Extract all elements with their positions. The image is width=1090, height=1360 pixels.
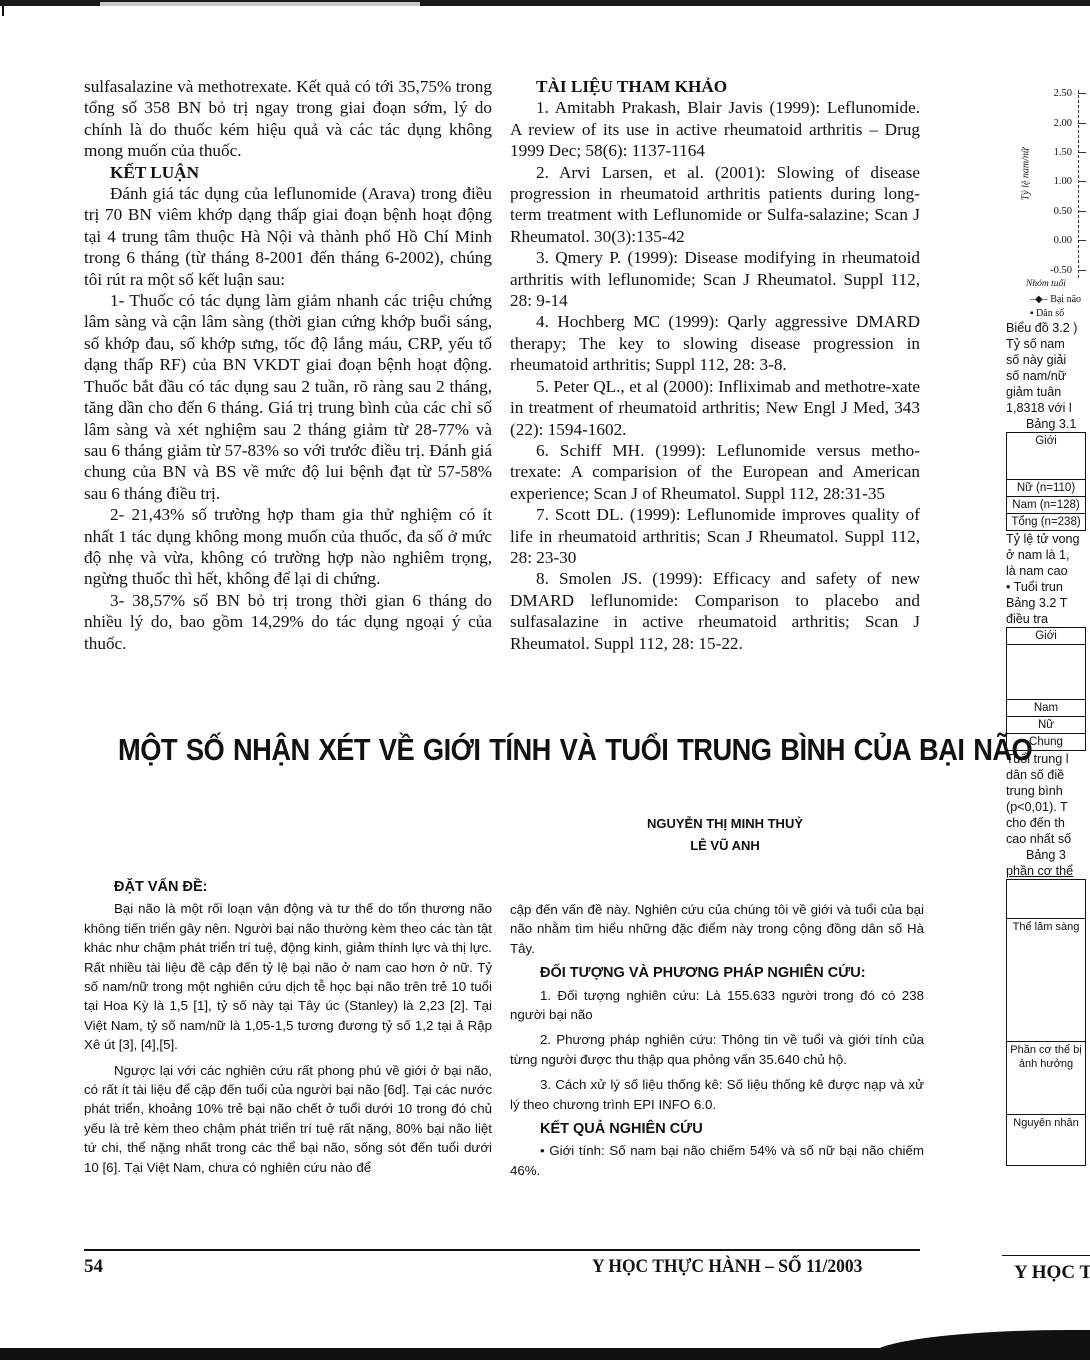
table-cell: Nam (n=128) xyxy=(1007,497,1086,514)
text-fragment: giảm tuân xyxy=(1006,384,1090,400)
reference-item: 3. Qmery P. (1999): Disease modifying in… xyxy=(510,247,920,311)
reference-item: 1. Amitabh Prakash, Blair Javis (1999): … xyxy=(510,97,920,161)
method-item-2: 2. Phương pháp nghiên cứu: Thông tin về … xyxy=(510,1030,924,1069)
table-cell: Nữ xyxy=(1007,717,1086,734)
body-paragraph: Đánh giá tác dụng của leflunomide (Arava… xyxy=(84,183,492,290)
section-heading-ket-luan: KẾT LUẬN xyxy=(84,162,492,183)
y-tick: 1.00 xyxy=(1042,174,1072,190)
text-fragment: (p<0,01). T xyxy=(1006,799,1090,815)
text-fragment: số nam/nữ xyxy=(1006,368,1090,384)
text-fragment: Tỷ số nam xyxy=(1006,336,1090,352)
article-title: MỘT SỐ NHẬN XÉT VỀ GIỚI TÍNH VÀ TUỔI TRU… xyxy=(118,732,804,768)
next-page-fragment: Tỷ lệ nam/nữ 2.50 2.00 1.50 1.00 0.50 0.… xyxy=(1006,70,1090,1270)
text-fragment: phần cơ thể xyxy=(1006,863,1090,879)
journal-footer: Y HỌC THỰC HÀNH – SỐ 11/2003 xyxy=(592,1256,862,1278)
prev-article-conclusion-column: sulfasalazine và methotrexate. Kết quả c… xyxy=(84,76,492,654)
method-item-1: 1. Đối tượng nghiên cứu: Là 155.633 ngườ… xyxy=(510,986,924,1025)
body-paragraph: sulfasalazine và methotrexate. Kết quả c… xyxy=(84,76,492,162)
text-fragment: Tuổi trung l xyxy=(1006,751,1090,767)
table-caption-fragment: Bảng 3.1 xyxy=(1006,416,1090,432)
text-fragment: điều tra xyxy=(1006,611,1090,627)
reference-item: 4. Hochberg MC (1999): Qarly aggressive … xyxy=(510,311,920,375)
table-cell: Nữ (n=110) xyxy=(1007,480,1086,497)
table-3-2-fragment: Giới Nam Nữ Chung xyxy=(1006,627,1086,751)
text-fragment: • Tuổi trun xyxy=(1006,579,1090,595)
reference-item: 2. Arvi Larsen, et al. (2001): Slowing o… xyxy=(510,162,920,248)
legend-item-dan-so: ▪ Dân số xyxy=(1030,306,1064,322)
table-caption-fragment: Bảng 3 xyxy=(1006,847,1090,863)
y-tick: 2.00 xyxy=(1042,116,1072,132)
table-cell: Chung xyxy=(1007,734,1086,751)
body-paragraph: Ngược lại với các nghiên cứu rất phong p… xyxy=(84,1061,492,1177)
table-row-label: Nguyên nhân xyxy=(1007,1115,1086,1166)
scan-crop-mark xyxy=(2,4,4,16)
table-3-1-fragment: Giới Nữ (n=110) Nam (n=128) Tổng (n=238) xyxy=(1006,432,1086,531)
table-cell: Tổng (n=238) xyxy=(1007,514,1086,531)
conclusion-item-1: 1- Thuốc có tác dụng làm giảm nhanh các … xyxy=(84,290,492,504)
section-heading-doi-tuong: ĐỐI TƯỢNG VÀ PHƯƠNG PHÁP NGHIÊN CỨU: xyxy=(510,964,924,983)
table-cell: Nam xyxy=(1007,700,1086,717)
author-name: NGUYỄN THỊ MINH THUỶ xyxy=(600,813,850,835)
table-caption-fragment: Bảng 3.2 T xyxy=(1006,595,1090,611)
result-item-gender: • Giới tính: Số nam bại não chiếm 54% và… xyxy=(510,1141,924,1180)
body-paragraph: Bại não là một rối loạn vận động và tư t… xyxy=(84,899,492,1054)
text-fragment: ở nam là 1, xyxy=(1006,547,1090,563)
reference-item: 8. Smolen JS. (1999): Efficacy and safet… xyxy=(510,568,920,654)
text-fragment: dân số điề xyxy=(1006,767,1090,783)
conclusion-item-3: 3- 38,57% số BN bỏ trị trong thời gian 6… xyxy=(84,590,492,654)
references-column: TÀI LIỆU THAM KHẢO 1. Amitabh Prakash, B… xyxy=(510,76,920,654)
section-heading-dat-van-de: ĐẶT VẤN ĐỀ: xyxy=(84,878,492,897)
text-fragment: trung bình xyxy=(1006,783,1090,799)
page-number: 54 xyxy=(84,1256,103,1278)
article-methods-column: cập đến vấn đề này. Nghiên cứu của chúng… xyxy=(510,900,924,1180)
sex-ratio-chart-fragment: Tỷ lệ nam/nữ 2.50 2.00 1.50 1.00 0.50 0.… xyxy=(1006,70,1090,320)
reference-item: 7. Scott DL. (1999): Leflunomide improve… xyxy=(510,504,920,568)
y-tick: 0.00 xyxy=(1042,233,1072,249)
table-header-cell: Giới xyxy=(1007,628,1086,645)
table-header-cell: Giới xyxy=(1007,433,1086,480)
chart-y-axis xyxy=(1078,90,1079,278)
body-paragraph: cập đến vấn đề này. Nghiên cứu của chúng… xyxy=(510,900,924,958)
scan-top-edge xyxy=(0,0,1090,6)
text-fragment: là nam cao xyxy=(1006,563,1090,579)
article-authors: NGUYỄN THỊ MINH THUỶ LÊ VŨ ANH xyxy=(600,813,850,857)
reference-item: 5. Peter QL., et al (2000): Infliximab a… xyxy=(510,376,920,440)
caption-fragment: Biểu đồ 3.2 ) xyxy=(1006,320,1090,336)
scan-bottom-edge xyxy=(0,1318,1090,1360)
footer-rule xyxy=(84,1249,920,1251)
author-name: LÊ VŨ ANH xyxy=(600,835,850,857)
text-fragment: cao nhất số xyxy=(1006,831,1090,847)
text-fragment: cho đến th xyxy=(1006,815,1090,831)
table-row-label: Phần cơ thể bị ảnh hưởng xyxy=(1007,1042,1086,1115)
y-tick: 0.50 xyxy=(1042,204,1072,220)
chart-x-label: Nhóm tuổi xyxy=(1026,276,1066,292)
conclusion-item-2: 2- 21,43% số trường hợp tham gia thử ngh… xyxy=(84,504,492,590)
y-tick: 2.50 xyxy=(1042,86,1072,102)
text-fragment: Tỷ lệ tử vong xyxy=(1006,531,1090,547)
references-heading: TÀI LIỆU THAM KHẢO xyxy=(510,76,920,97)
reference-item: 6. Schiff MH. (1999): Leflunomide versus… xyxy=(510,440,920,504)
diamond-marker-icon: –◆– xyxy=(1030,294,1050,305)
article-intro-column: ĐẶT VẤN ĐỀ: Bại não là một rối loạn vận … xyxy=(84,878,492,1177)
chart-y-label: Tỷ lệ nam/nữ xyxy=(1018,148,1034,201)
text-fragment: số này giải xyxy=(1006,352,1090,368)
text-fragment: 1,8318 với l xyxy=(1006,400,1090,416)
table-3-3-fragment: Thể lâm sàng Phần cơ thể bị ảnh hưởng Ng… xyxy=(1006,879,1086,1166)
section-heading-ket-qua: KẾT QUẢ NGHIÊN CỨU xyxy=(510,1120,924,1139)
y-tick: 1.50 xyxy=(1042,145,1072,161)
method-item-3: 3. Cách xử lý số liệu thống kê: Số liệu … xyxy=(510,1075,924,1114)
table-row-label: Thể lâm sàng xyxy=(1007,919,1086,1042)
